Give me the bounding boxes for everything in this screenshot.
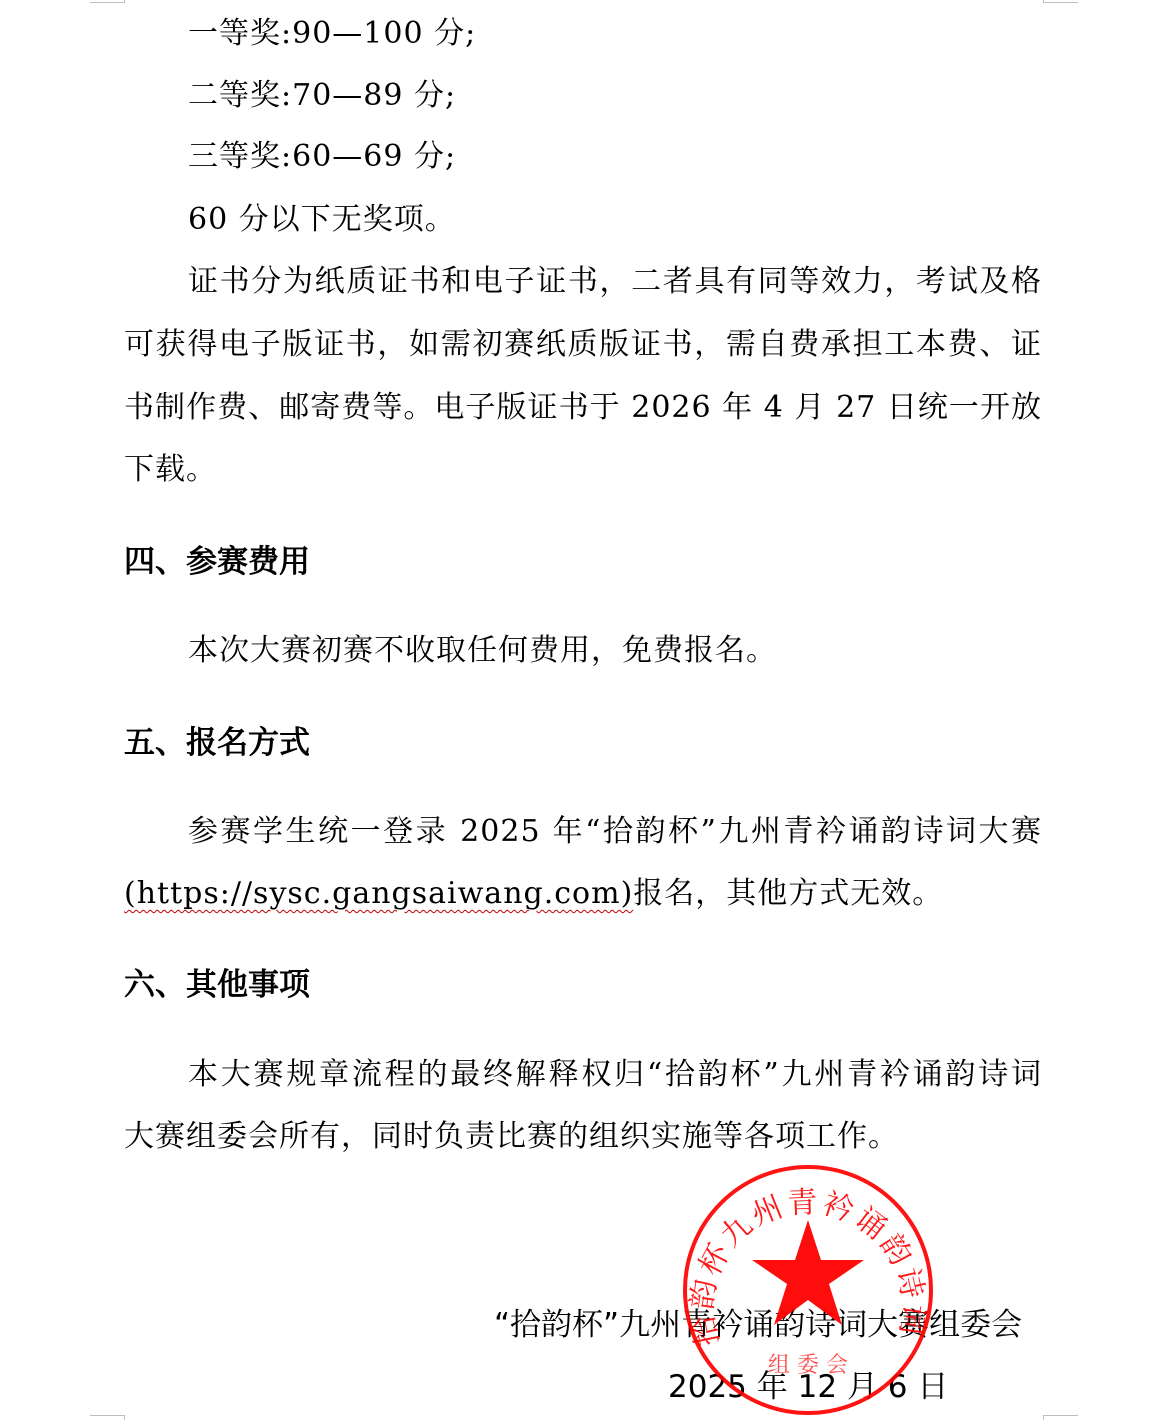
section-heading-registration: 五、报名方式 — [124, 723, 310, 763]
certificate-line-4: 下载。 — [124, 450, 217, 490]
award-second: 二等奖:70—89 分; — [188, 76, 456, 116]
signature-organizer: “拾韵杯”九州青衿诵韵诗词大赛组委会 — [494, 1305, 1022, 1345]
award-first: 一等奖:90—100 分; — [188, 14, 476, 54]
award-none: 60 分以下无奖项。 — [188, 200, 456, 240]
other-line-1: 本大赛规章流程的最终解释权归“拾韵杯”九州青衿诵韵诗词 — [188, 1055, 1042, 1095]
section-heading-other: 六、其他事项 — [124, 965, 310, 1005]
certificate-line-2: 可获得电子版证书，如需初赛纸质版证书，需自费承担工本费、证 — [124, 325, 1042, 365]
award-third: 三等奖:60—69 分; — [188, 137, 456, 177]
page-corner-mark-top-left — [90, 0, 125, 3]
certificate-line-3: 书制作费、邮寄费等。电子版证书于 2026 年 4 月 27 日统一开放 — [124, 388, 1042, 428]
page-corner-mark-bottom-left — [90, 1415, 125, 1420]
fees-text: 本次大赛初赛不收取任何费用，免费报名。 — [188, 631, 777, 671]
section-heading-fees: 四、参赛费用 — [124, 542, 310, 582]
page-corner-mark-bottom-right — [1043, 1415, 1078, 1420]
signature-date: 2025 年 12 月 6 日 — [668, 1367, 948, 1407]
page-corner-mark-top-right — [1043, 0, 1078, 3]
registration-url-link[interactable]: (https://sysc.gangsaiwang.com) — [124, 876, 633, 911]
registration-line-2: (https://sysc.gangsaiwang.com)报名，其他方式无效。 — [124, 874, 943, 914]
other-line-2: 大赛组委会所有，同时负责比赛的组织实施等各项工作。 — [124, 1117, 899, 1157]
registration-line-1: 参赛学生统一登录 2025 年“拾韵杯”九州青衿诵韵诗词大赛 — [188, 812, 1042, 852]
certificate-line-1: 证书分为纸质证书和电子证书，二者具有同等效力，考试及格 — [188, 262, 1042, 302]
registration-url-suffix: 报名，其他方式无效。 — [633, 876, 943, 911]
